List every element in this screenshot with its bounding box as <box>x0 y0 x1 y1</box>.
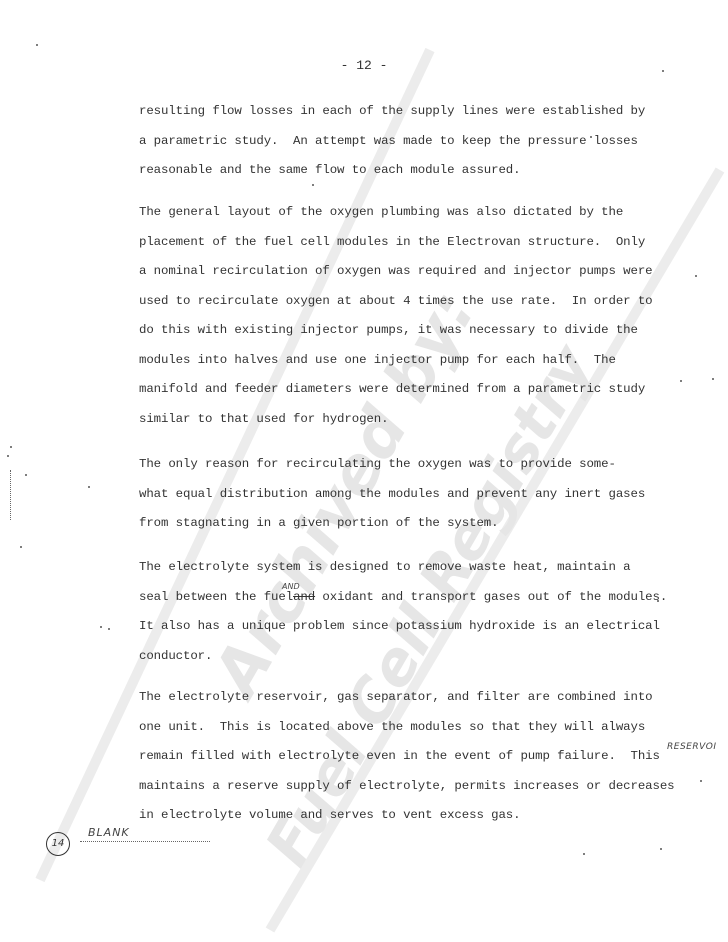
text-line: The electrolyte reservoir, gas separator… <box>139 683 675 713</box>
text-line: remain filled with electrolyte even in t… <box>139 742 675 772</box>
text-line: reasonable and the same flow to each mod… <box>139 156 645 186</box>
text-line: similar to that used for hydrogen. <box>139 405 653 435</box>
scan-speck <box>100 626 102 628</box>
handwritten-margin-note: RESERVOI <box>667 742 717 752</box>
paragraph-recirculation-reason: The only reason for recirculating the ox… <box>139 450 645 539</box>
text-line: modules into halves and use one injector… <box>139 346 653 376</box>
text-line: placement of the fuel cell modules in th… <box>139 228 653 258</box>
scan-speck <box>712 378 714 380</box>
scan-speck <box>660 848 662 850</box>
text-line: from stagnating in a given portion of th… <box>139 509 645 539</box>
scan-speck <box>657 600 659 602</box>
text-line: seal between the fueland oxidant and tra… <box>139 583 667 613</box>
text-segment: oxidant and transport gases out of the m… <box>315 590 667 604</box>
paragraph-electrolyte-system: The electrolyte system is designed to re… <box>139 553 667 671</box>
blank-label: BLANK <box>88 826 130 839</box>
text-line: conductor. <box>139 642 667 672</box>
scan-speck <box>108 628 110 630</box>
scan-speck <box>20 546 22 548</box>
text-line: manifold and feeder diameters were deter… <box>139 375 653 405</box>
page-number: - 12 - <box>0 58 728 73</box>
text-line: The general layout of the oxygen plumbin… <box>139 198 653 228</box>
scan-edge-mark <box>10 470 12 520</box>
underline-divider <box>80 841 210 842</box>
scan-speck <box>695 275 697 277</box>
circled-page-number: 14 <box>46 832 70 856</box>
scan-speck <box>700 780 702 782</box>
scan-speck <box>312 184 314 186</box>
paragraph-oxygen-layout: The general layout of the oxygen plumbin… <box>139 198 653 434</box>
scan-speck <box>590 136 592 138</box>
paragraph-flow-losses: resulting flow losses in each of the sup… <box>139 97 645 186</box>
text-line: do this with existing injector pumps, it… <box>139 316 653 346</box>
text-line: It also has a unique problem since potas… <box>139 612 667 642</box>
struck-word: and <box>293 590 315 604</box>
scan-speck <box>25 474 27 476</box>
scan-speck <box>680 380 682 382</box>
text-line: maintains a reserve supply of electrolyt… <box>139 772 675 802</box>
text-line: The electrolyte system is designed to re… <box>139 553 667 583</box>
scan-speck <box>10 446 12 448</box>
handwritten-insert-and: AND <box>282 582 300 591</box>
scan-speck <box>7 455 9 457</box>
text-line: used to recirculate oxygen at about 4 ti… <box>139 287 653 317</box>
text-line: in electrolyte volume and serves to vent… <box>139 801 675 831</box>
scan-speck <box>88 486 90 488</box>
text-line: one unit. This is located above the modu… <box>139 713 675 743</box>
paragraph-electrolyte-reservoir: The electrolyte reservoir, gas separator… <box>139 683 675 831</box>
text-line: a nominal recirculation of oxygen was re… <box>139 257 653 287</box>
text-line: what equal distribution among the module… <box>139 480 645 510</box>
text-line: The only reason for recirculating the ox… <box>139 450 645 480</box>
text-line: a parametric study. An attempt was made … <box>139 127 645 157</box>
document-page: - 12 - resulting flow losses in each of … <box>0 0 728 942</box>
scan-speck <box>583 853 585 855</box>
text-line: resulting flow losses in each of the sup… <box>139 97 645 127</box>
scan-speck <box>36 44 38 46</box>
scan-speck <box>662 70 664 72</box>
text-segment: seal between the fuel <box>139 590 293 604</box>
